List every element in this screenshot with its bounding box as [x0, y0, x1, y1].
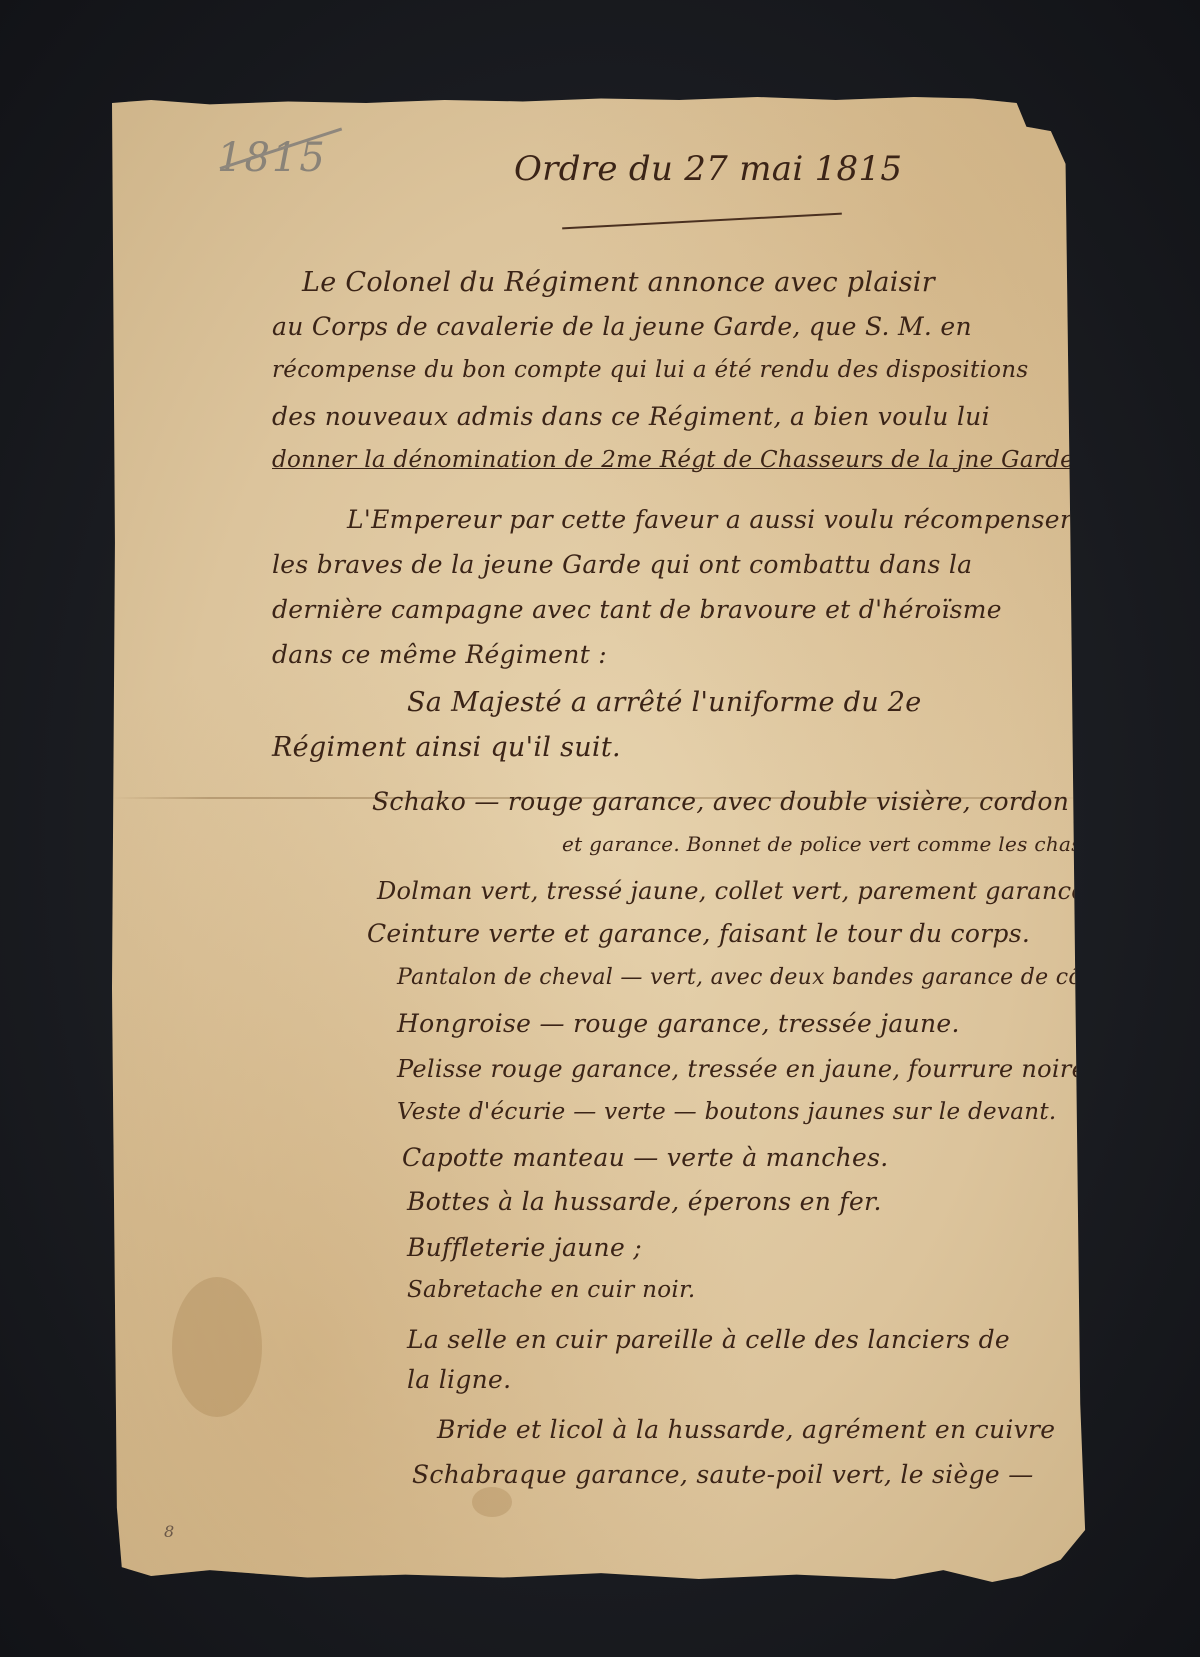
paper-stain [172, 1277, 262, 1417]
pencil-year-annotation: 1815 [217, 135, 327, 181]
majesty-line-1: Sa Majesté a arrêté l'uniforme du 2e [407, 687, 922, 718]
uniform-item-ceinture: Ceinture verte et garance, faisant le to… [367, 919, 1030, 948]
uniform-item-veste: Veste d'écurie — verte — boutons jaunes … [397, 1099, 1057, 1125]
uniform-item-schako-cont: et garance. Bonnet de police vert comme … [562, 832, 1138, 856]
uniform-item-hongroise: Hongroise — rouge garance, tressée jaune… [397, 1009, 960, 1038]
uniform-item-capotte: Capotte manteau — verte à manches. [402, 1143, 888, 1172]
uniform-item-pelisse: Pelisse rouge garance, tressée en jaune,… [397, 1055, 1086, 1083]
emperor-line-4: dans ce même Régiment : [272, 640, 607, 669]
intro-line-1: Le Colonel du Régiment annonce avec plai… [302, 267, 935, 298]
uniform-item-bride: Bride et licol à la hussarde, agrément e… [437, 1415, 1055, 1444]
uniform-item-selle-cont: la ligne. [407, 1365, 511, 1394]
uniform-item-sabretache: Sabretache en cuir noir. [407, 1277, 695, 1303]
intro-line-4: des nouveaux admis dans ce Régiment, a b… [272, 402, 990, 431]
paper-stain [472, 1487, 512, 1517]
uniform-item-selle: La selle en cuir pareille à celle des la… [407, 1325, 1010, 1354]
manuscript-page: 1815 Ordre du 27 mai 1815 Le Colonel du … [112, 97, 1090, 1582]
uniform-item-schako: Schako — rouge garance, avec double visi… [372, 787, 1130, 816]
uniform-item-dolman: Dolman vert, tressé jaune, collet vert, … [377, 877, 1086, 905]
title-underline [562, 213, 842, 230]
uniform-item-pantalon: Pantalon de cheval — vert, avec deux ban… [397, 965, 1112, 990]
emperor-line-1: L'Empereur par cette faveur a aussi voul… [347, 505, 1072, 534]
document-title: Ordre du 27 mai 1815 [514, 149, 902, 189]
intro-line-5: donner la dénomination de 2me Régt de Ch… [272, 447, 1082, 473]
intro-line-3: récompense du bon compte qui lui a été r… [272, 357, 1029, 383]
uniform-item-schabraque: Schabraque garance, saute-poil vert, le … [412, 1460, 1034, 1489]
majesty-line-2: Régiment ainsi qu'il suit. [272, 732, 621, 763]
emperor-line-3: dernière campagne avec tant de bravoure … [272, 595, 1002, 624]
emperor-line-2: les braves de la jeune Garde qui ont com… [272, 550, 972, 579]
marginal-mark: 8 [164, 1522, 174, 1541]
intro-line-2: au Corps de cavalerie de la jeune Garde,… [272, 312, 972, 341]
uniform-item-bottes: Bottes à la hussarde, éperons en fer. [407, 1187, 882, 1216]
uniform-item-buffleterie: Buffleterie jaune ; [407, 1233, 642, 1262]
